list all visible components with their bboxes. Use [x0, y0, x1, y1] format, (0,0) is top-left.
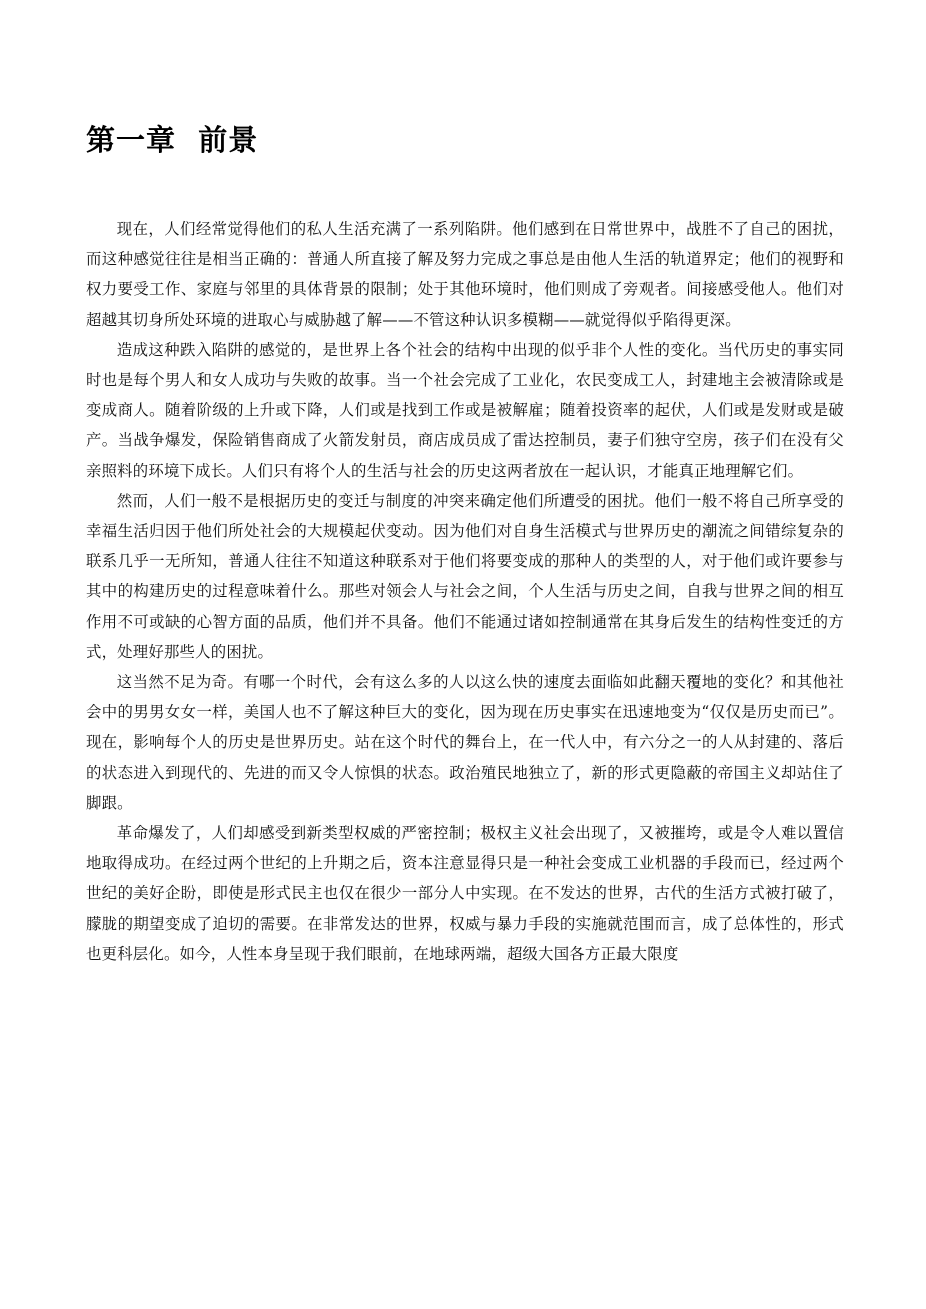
- paragraph-3: 然而，人们一般不是根据历史的变迁与制度的冲突来确定他们所遭受的困扰。他们一般不将…: [86, 486, 844, 667]
- paragraph-2: 造成这种跌入陷阱的感觉的，是世界上各个社会的结构中出现的似乎非个人性的变化。当代…: [86, 335, 844, 486]
- chapter-body: 现在，人们经常觉得他们的私人生活充满了一系列陷阱。他们感到在日常世界中，战胜不了…: [86, 214, 844, 969]
- paragraph-5: 革命爆发了，人们却感受到新类型权威的严密控制；极权主义社会出现了，又被摧垮，或是…: [86, 818, 844, 969]
- paragraph-4: 这当然不足为奇。有哪一个时代，会有这么多的人以这么快的速度去面临如此翻天覆地的变…: [86, 667, 844, 818]
- chapter-title: 第一章 前景: [86, 118, 258, 159]
- paragraph-1: 现在，人们经常觉得他们的私人生活充满了一系列陷阱。他们感到在日常世界中，战胜不了…: [86, 214, 844, 335]
